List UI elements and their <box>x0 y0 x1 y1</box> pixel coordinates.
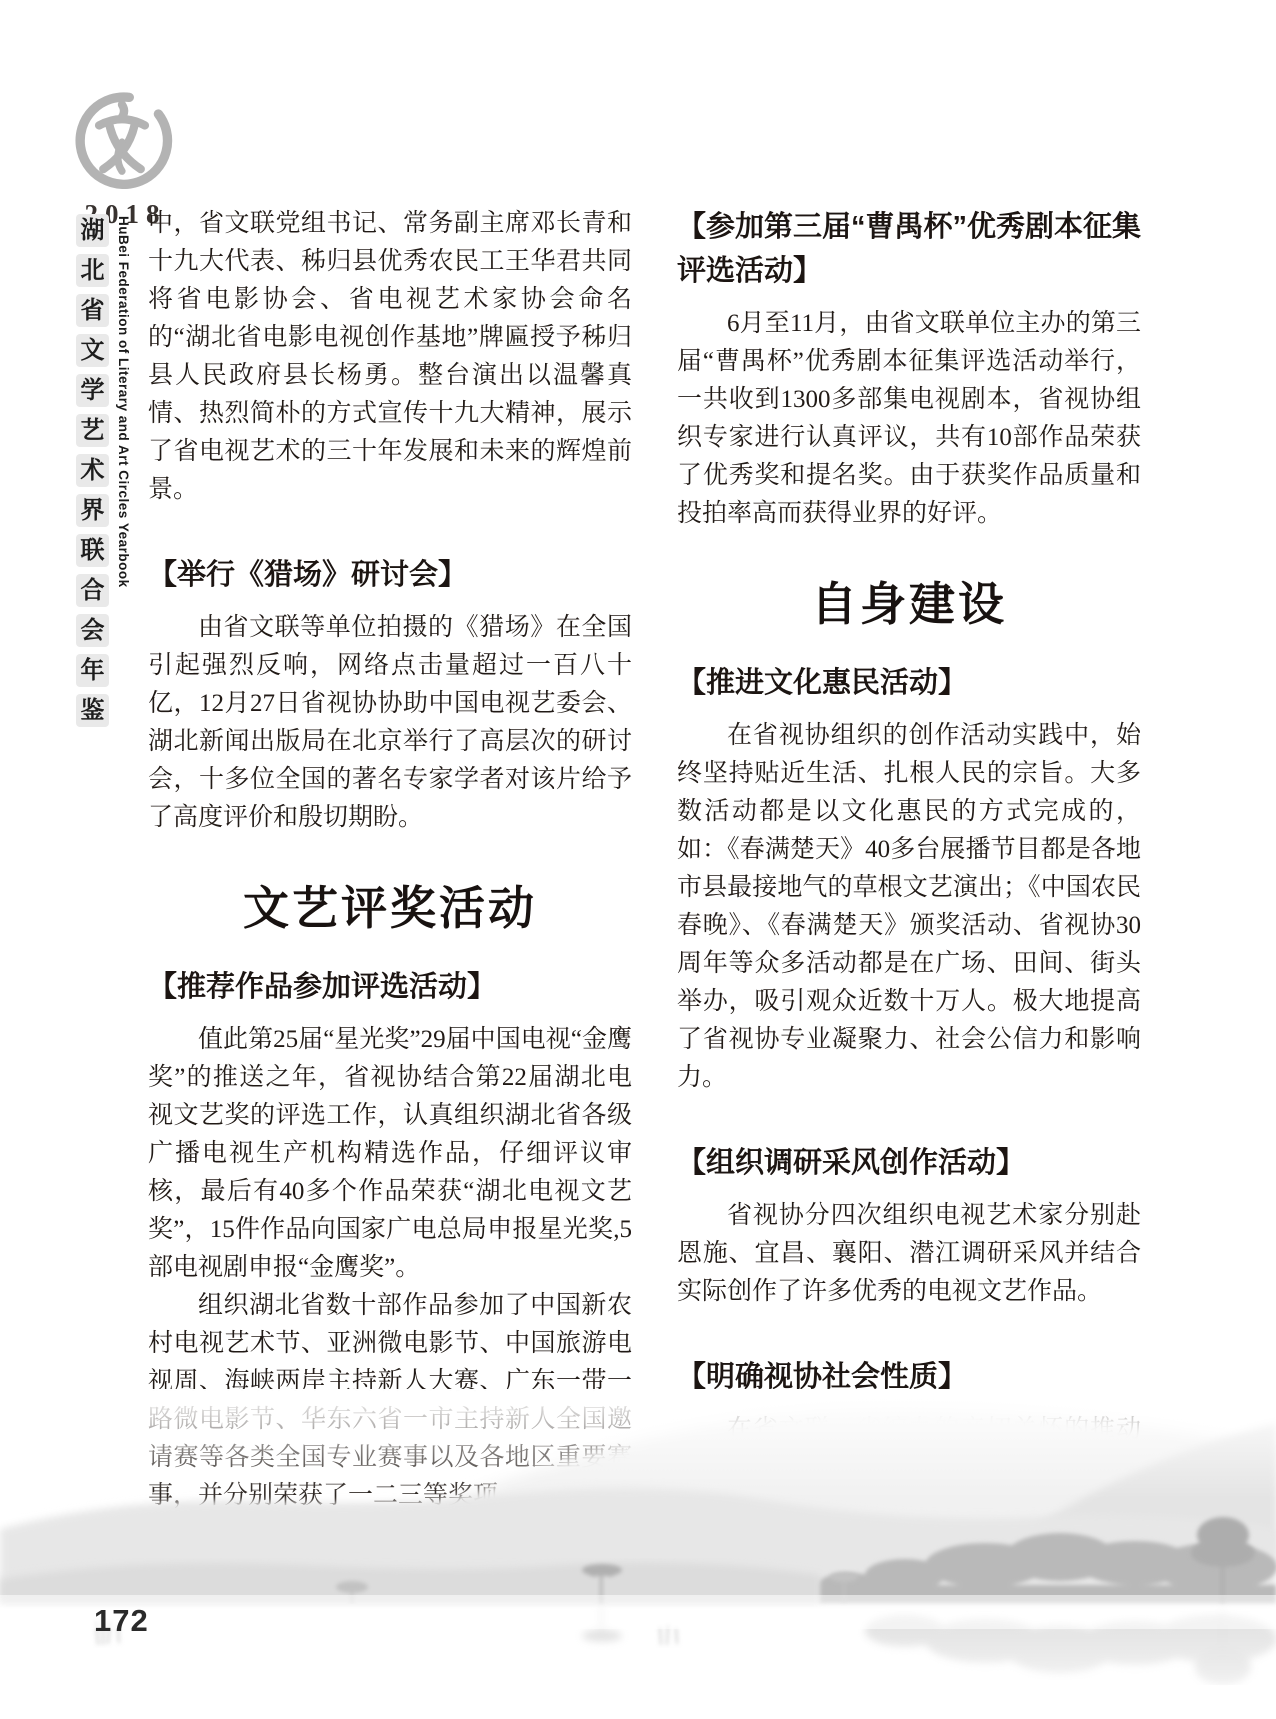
sidebar-title-cn-char: 合 <box>76 574 109 607</box>
chapter-heading-awards: 文艺评奖活动 <box>148 877 632 939</box>
section-heading-liechang: 【举行《猎场》研讨会】 <box>148 553 632 597</box>
section-heading-culture-benefit: 【推进文化惠民活动】 <box>677 661 1141 705</box>
sidebar-title-cn-char: 艺 <box>76 414 109 447</box>
cflac-emblem-icon <box>70 88 174 192</box>
section-paragraph-caoyu-cup: 6月至11月，由省文联单位主办的第三届“曹禺杯”优秀剧本征集评选活动举行，一共收… <box>677 305 1141 533</box>
sidebar-title-cn-char: 北 <box>76 254 109 287</box>
chapter-heading-self-building: 自身建设 <box>677 573 1141 635</box>
sidebar: 湖北省文学艺术界联合会年鉴 HuBei Federation of Litera… <box>76 214 146 727</box>
sidebar-title-cn-char: 学 <box>76 374 109 407</box>
section-heading-recommend: 【推荐作品参加评选活动】 <box>148 965 632 1009</box>
sidebar-title-cn: 湖北省文学艺术界联合会年鉴 <box>76 214 109 727</box>
yearbook-page: 2018 湖北省文学艺术界联合会年鉴 HuBei Federation of L… <box>0 0 1276 1719</box>
page-number: 172 <box>94 1603 149 1639</box>
section-paragraph-recommend-1: 值此第25届“星光奖”29届中国电视“金鹰奖”的推送之年，省视协结合第22届湖北… <box>148 1021 632 1287</box>
sidebar-title-cn-char: 界 <box>76 494 109 527</box>
sidebar-title-cn-char: 年 <box>76 654 109 687</box>
left-column: 中，省文联党组书记、常务副主席邓长青和十九大代表、秭归县优秀农民工王华君共同将省… <box>148 205 632 1515</box>
sidebar-title-cn-char: 湖 <box>76 214 109 247</box>
sidebar-title-cn-char: 联 <box>76 534 109 567</box>
sidebar-title-cn-char: 省 <box>76 294 109 327</box>
continuation-paragraph: 中，省文联党组书记、常务副主席邓长青和十九大代表、秭归县优秀农民工王华君共同将省… <box>148 205 632 509</box>
sidebar-title-en: HuBei Federation of Literary and Art Cir… <box>116 216 131 836</box>
section-paragraph-research-trips: 省视协分四次组织电视艺术家分别赴恩施、宜昌、襄阳、潜江调研采风并结合实际创作了许… <box>677 1197 1141 1311</box>
landscape-watermark-image <box>0 1389 1276 1719</box>
section-heading-research-trips: 【组织调研采风创作活动】 <box>677 1141 1141 1185</box>
section-paragraph-liechang: 由省文联等单位拍摄的《猎场》在全国引起强烈反响，网络点击量超过一百八十亿，12月… <box>148 609 632 837</box>
sidebar-title-cn-char: 文 <box>76 334 109 367</box>
sidebar-title-cn-char: 鉴 <box>76 694 109 727</box>
sidebar-title-cn-char: 会 <box>76 614 109 647</box>
sidebar-title-cn-char: 术 <box>76 454 109 487</box>
section-heading-caoyu-cup: 【参加第三届“曹禺杯”优秀剧本征集评选活动】 <box>677 205 1141 293</box>
section-paragraph-culture-benefit: 在省视协组织的创作活动实践中，始终坚持贴近生活、扎根人民的宗旨。大多数活动都是以… <box>677 717 1141 1097</box>
